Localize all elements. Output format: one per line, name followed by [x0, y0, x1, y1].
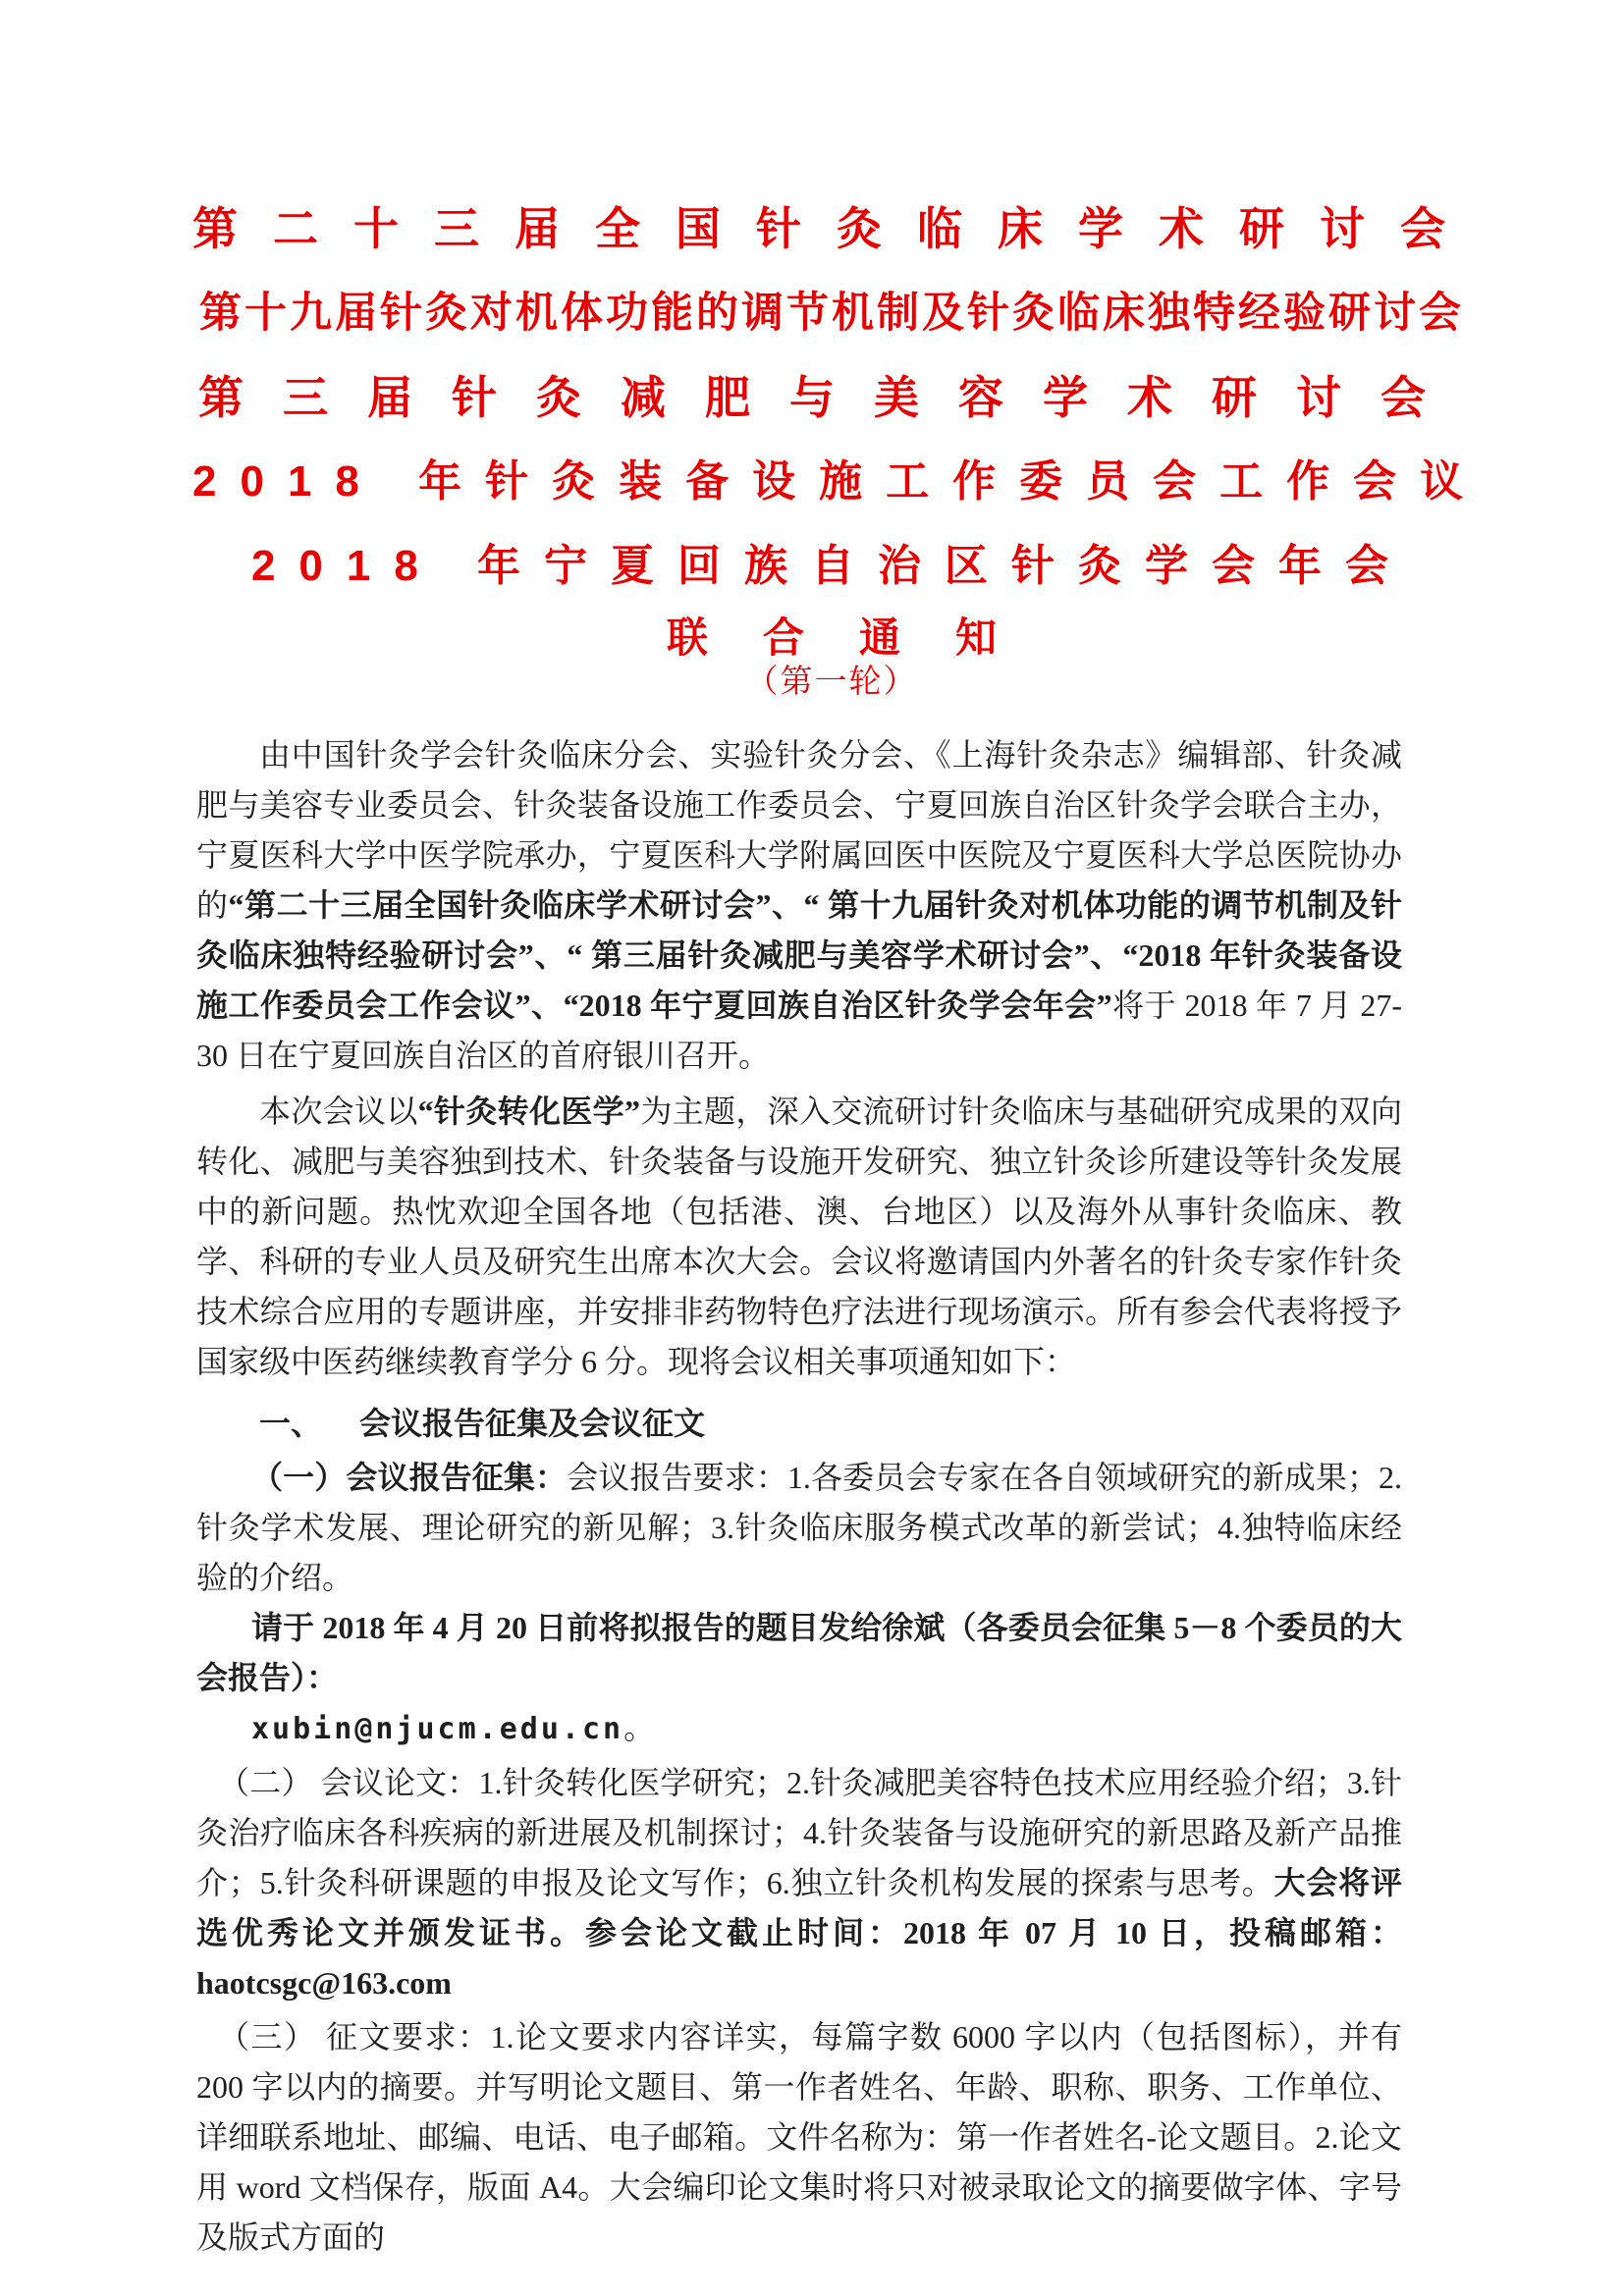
report-deadline-note: 请于 2018 年 4 月 20 日前将拟报告的题目发给徐斌（各委员会征集 5－…: [196, 1603, 1402, 1703]
report-submit-email: xubin@njucm.edu.cn: [251, 1712, 623, 1746]
section-heading-1: 一、会议报告征集及会议征文: [196, 1399, 1402, 1449]
paragraph-organizers: 由中国针灸学会针灸临床分会、实验针灸分会、《上海针灸杂志》编辑部、针灸减肥与美容…: [196, 730, 1402, 1081]
paragraph-papers: （二） 会议论文：1.针灸转化医学研究；2.针灸减肥美容特色技术应用经验介绍；3…: [196, 1758, 1402, 2008]
paragraph-report-call: （一）会议报告征集：会议报告要求：1.各委员会专家在各自领域研究的新成果；2.针…: [196, 1453, 1402, 1754]
report-call-label: （一）会议报告征集：: [251, 1460, 567, 1495]
report-email-period: 。: [623, 1710, 655, 1745]
paper-submit-email: haotcsgc@163.com: [196, 1965, 452, 2001]
theme-lead-text: 本次会议以: [259, 1094, 418, 1129]
report-email-line: xubin@njucm.edu.cn。: [196, 1703, 1402, 1754]
papers-topics-text: （二） 会议论文：1.针灸转化医学研究；2.针灸减肥美容特色技术应用经验介绍；3…: [196, 1765, 1402, 1900]
conference-title-line-2: 第十九届针灸对机体功能的调节机制及针灸临床独特经验研讨会: [192, 271, 1471, 355]
conference-title-line-5: 2018 年宁夏回族自治区针灸学会年会: [192, 524, 1471, 609]
paragraph-theme: 本次会议以“针灸转化医学”为主题，深入交流研讨针灸临床与基础研究成果的双向转化、…: [196, 1087, 1402, 1387]
joint-notice-title: 联合通知: [192, 614, 1471, 662]
notice-body: 由中国针灸学会针灸临床分会、实验针灸分会、《上海针灸杂志》编辑部、针灸减肥与美容…: [196, 730, 1402, 2263]
notice-header: 第二十三届全国针灸临床学术研讨会 第十九届针灸对机体功能的调节机制及针灸临床独特…: [192, 0, 1471, 703]
document-page: 第二十三届全国针灸临床学术研讨会 第十九届针灸对机体功能的调节机制及针灸临床独特…: [0, 0, 1623, 2296]
section-title: 会议报告征集及会议征文: [359, 1406, 705, 1441]
requirements-text: （三） 征文要求：1.论文要求内容详实，每篇字数 6000 字以内（包括图标），…: [196, 2019, 1402, 2255]
paragraph-requirements: （三） 征文要求：1.论文要求内容详实，每篇字数 6000 字以内（包括图标），…: [196, 2012, 1402, 2263]
theme-keyword-bold: “针灸转化医学”: [418, 1094, 640, 1129]
round-label: （第一轮）: [192, 662, 1471, 703]
conference-title-line-4: 2018 年针灸装备设施工作委员会工作会议: [192, 440, 1471, 524]
conference-title-line-1: 第二十三届全国针灸临床学术研讨会: [192, 187, 1471, 271]
theme-body-text: 为主题，深入交流研讨针灸临床与基础研究成果的双向转化、减肥与美容独到技术、针灸装…: [196, 1094, 1402, 1379]
section-number: 一、: [259, 1406, 322, 1441]
conference-title-line-3: 第三届针灸减肥与美容学术研讨会: [192, 355, 1471, 440]
